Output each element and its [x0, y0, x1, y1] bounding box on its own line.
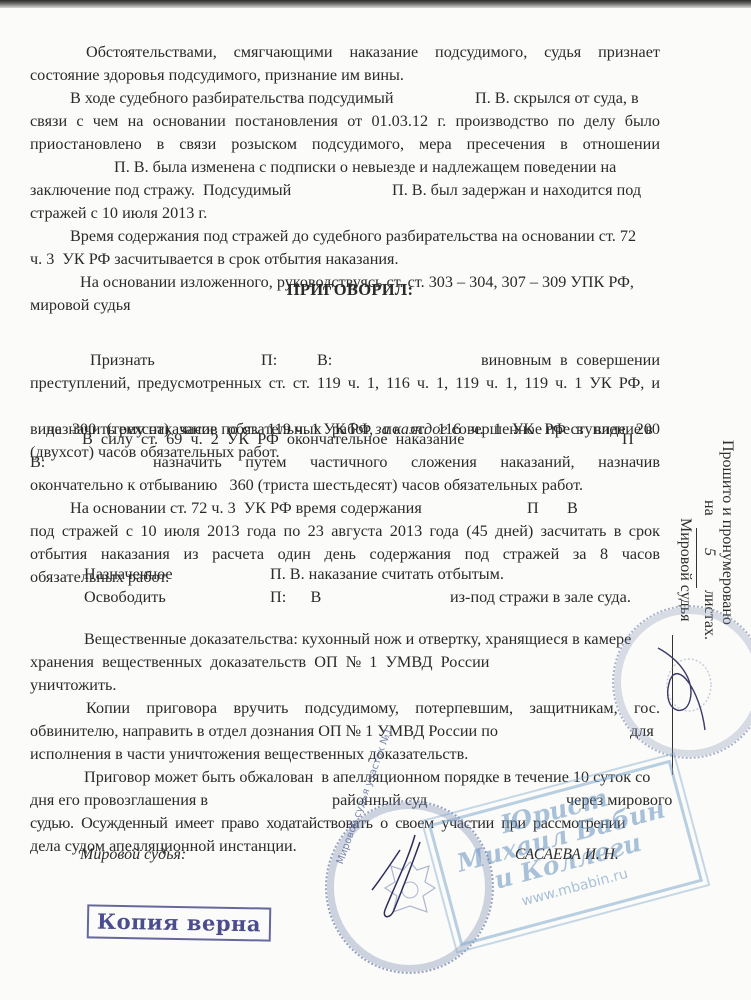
text-line: стражей с 10 июля 2013 г. [30, 202, 207, 225]
verdict-heading: ПРИГОВОРИЛ: [30, 277, 670, 300]
text-line: из-под стражи в зале суда. [450, 586, 631, 609]
text-line: преступлений, предусмотренных ст. ст. 11… [30, 372, 660, 395]
text-line: виновным в совершении [481, 349, 660, 372]
redacted-initial: В: [30, 451, 45, 474]
text-line: хранения вещественных доказательств ОП №… [30, 651, 489, 674]
text-line: В силу ст. 69 ч. 2 УК РФ окончательное н… [82, 428, 464, 451]
text-line: Время содержания под стражей до судебног… [70, 225, 636, 248]
text-line: исполнения в части уничтожения веществен… [30, 743, 468, 766]
redacted-initial: П [622, 428, 634, 451]
text-line: П. В. был задержан и находится под [392, 179, 641, 202]
eagle-emblem-icon [656, 647, 722, 723]
text-line: В ходе судебного разбирательства подсуди… [70, 87, 394, 110]
side-note-pages: 5 [700, 548, 718, 556]
text-line: уничтожить. [30, 674, 116, 697]
text-line: П. В. наказание считать отбытым. [270, 563, 504, 586]
eagle-emblem-icon [377, 852, 443, 928]
text-line: П. В. была изменена с подписки о невыезд… [114, 156, 616, 179]
text-line: Обстоятельствами, смягчающими наказание … [86, 41, 660, 64]
text-line: П. В. скрылся от суда, в [475, 87, 639, 110]
text-line: состояние здоровья подсудимого, признани… [30, 64, 404, 87]
text-line: Копии приговора вручить подсудимому, пот… [86, 697, 660, 720]
side-note-line1: Прошито и пронумеровано [718, 440, 736, 625]
pages-underline [696, 528, 697, 588]
text-line: окончательно к отбыванию 360 (триста шес… [30, 474, 583, 497]
judge-signature-label: Мировой судья: [80, 846, 186, 864]
redacted-initial: П В [527, 497, 578, 520]
text-line: назначить путем частичного сложения нака… [153, 451, 660, 474]
text-line: приостановлено в связи розыском подсудим… [30, 133, 660, 156]
heading-text: ПРИГОВОРИЛ: [287, 280, 414, 299]
text-line: связи с чем на основании постановления о… [30, 110, 660, 133]
text-line: под стражей с 10 июля 2013 года по 23 ав… [30, 520, 660, 543]
text-line: Вещественные доказательства: кухонный но… [84, 628, 631, 651]
redacted-initial: П: [261, 349, 277, 372]
redacted-initial: В: [317, 349, 332, 372]
text-line: ч. 3 УК РФ засчитывается в срок отбытия … [30, 248, 399, 271]
redacted-initial: П: В [270, 586, 321, 609]
side-note-na: на [700, 500, 718, 516]
text-line: Освободить [84, 586, 166, 609]
scan-top-edge [0, 0, 751, 8]
text-line: заключение под стражу. Подсудимый [30, 179, 291, 202]
text-line: обвинителю, направить в отдел дознания О… [30, 720, 498, 743]
text-line: дня его провозглашения в [30, 789, 208, 812]
text-line: Признать [90, 349, 155, 372]
text-line: На основании ст. 72 ч. 3 УК РФ время сод… [70, 497, 422, 520]
text-line: Назначенное [84, 563, 173, 586]
judge-name: САСАЕВА И. Н. [515, 846, 619, 864]
copy-certified-stamp: Копия верна [87, 904, 272, 941]
